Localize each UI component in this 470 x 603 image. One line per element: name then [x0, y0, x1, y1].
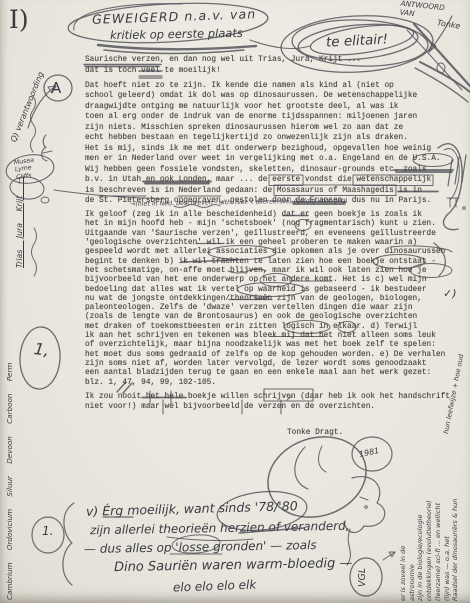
- annotation-too-elitist: te elitair!: [326, 31, 389, 50]
- annotation-bottom-line3: — dus alles op 'losse gronden' — zoals: [84, 538, 317, 556]
- annotation-big-mark: 1,: [33, 339, 51, 360]
- paragraph-marks: [31, 96, 53, 276]
- annotation-checkmark: ✓): [443, 287, 457, 300]
- annotation-vertical-block: er is zoveel in de astronomie zijn in de…: [399, 413, 460, 601]
- typed-paragraph-3: Ik zou nooit het hele boekje willen schr…: [85, 392, 450, 412]
- annotation-bottom-marker: 1.: [42, 524, 53, 538]
- annotation-bottom-line1: v) Érg moeilijk, want sinds '78/'80: [86, 498, 298, 519]
- typed-paragraph-1: Dat hoeft niet zo te zijn. Ik kende die …: [85, 81, 441, 206]
- typed-signature: Tonke Dragt.: [287, 429, 343, 437]
- annotation-bottom-line5: elo elo elo elk: [173, 578, 257, 595]
- annotation-index-roman: I): [9, 5, 29, 34]
- annotation-geologic-periods-lower: Cambrium Ordovicium Siluur Devoon Carboo…: [5, 300, 14, 600]
- typed-paragraph-2: Ik geloof (zeg ik in alle bescheidenheid…: [85, 211, 445, 388]
- annotation-year: 1981: [358, 446, 380, 459]
- bottom-brace: [32, 503, 74, 585]
- annotation-bottom-line4: Dino Sauriën waren warm-bloedig —: [114, 556, 353, 575]
- typed-quote-intro: Saurische verzen, en dan nog wel uit Tri…: [85, 55, 361, 76]
- annotation-geologic-periods-upper: Trias Jura Krijt —: [15, 128, 24, 268]
- annotation-rejected-line1: GEWEIGERD n.a.v. van: [92, 6, 257, 27]
- annotation-circled-a: A: [51, 79, 61, 97]
- annotation-answer-name: Tonke: [436, 18, 461, 31]
- scanned-letter-page: I) GEWEIGERD n.a.v. van kritiek op eerst…: [0, 0, 470, 603]
- annotation-vgl: VGL: [357, 568, 368, 587]
- annotation-bottom-line2: zijn allerlei theorieën herzien of veran…: [90, 519, 350, 538]
- annotation-rejected-line2: kritiek op eerste plaats: [110, 26, 243, 42]
